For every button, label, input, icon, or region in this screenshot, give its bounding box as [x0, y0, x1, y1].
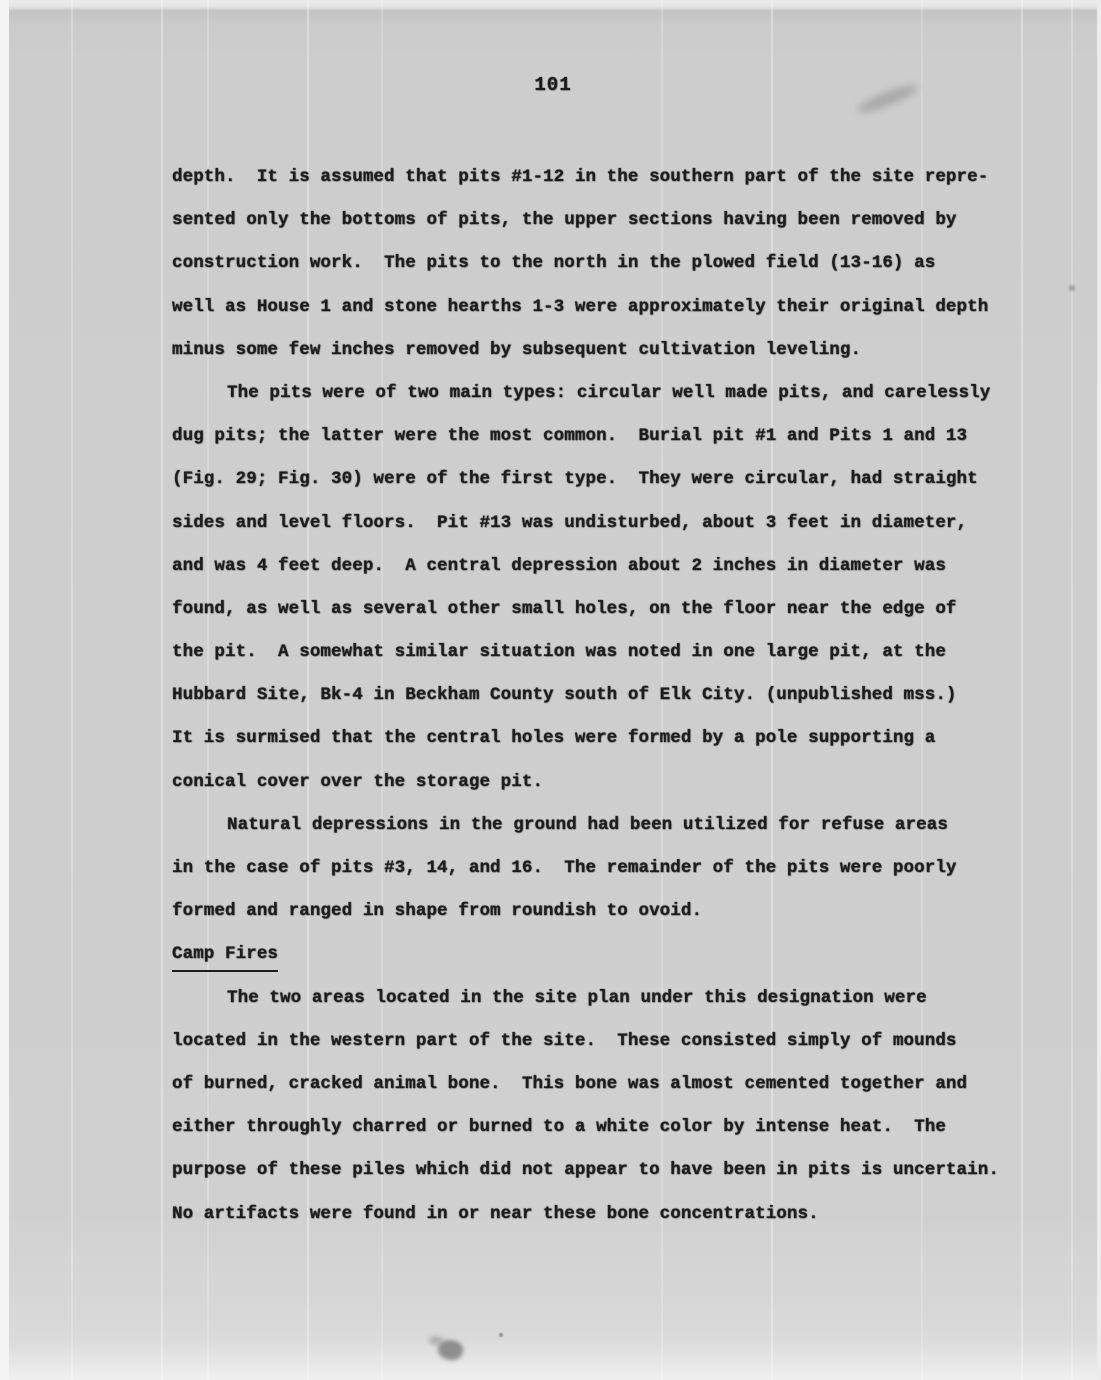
section-heading: Camp Fires — [172, 939, 278, 972]
text-line: purpose of these piles which did not app… — [172, 1149, 1012, 1192]
text-line: of burned, cracked animal bone. This bon… — [172, 1063, 1012, 1106]
text-line: It is surmised that the central holes we… — [172, 717, 1012, 760]
text-line: (Fig. 29; Fig. 30) were of the first typ… — [172, 458, 1012, 501]
ink-smudge — [429, 1336, 443, 1345]
text-line: well as House 1 and stone hearths 1-3 we… — [172, 286, 1012, 329]
text-line: in the case of pits #3, 14, and 16. The … — [172, 847, 1012, 890]
scan-streak — [1021, 0, 1023, 1380]
scan-streak — [71, 0, 73, 1380]
text-line: The two areas located in the site plan u… — [172, 977, 1012, 1020]
text-line: and was 4 feet deep. A central depressio… — [172, 545, 1012, 588]
ink-speck — [1069, 285, 1075, 291]
scan-streak — [161, 0, 163, 1380]
text-line: Natural depressions in the ground had be… — [172, 804, 1012, 847]
text-line: formed and ranged in shape from roundish… — [172, 890, 1012, 933]
section-heading-line: Camp Fires — [172, 933, 1012, 976]
text-line: sides and level floors. Pit #13 was undi… — [172, 502, 1012, 545]
text-line: No artifacts were found in or near these… — [172, 1193, 1012, 1236]
text-line: Hubbard Site, Bk-4 in Beckham County sou… — [172, 674, 1012, 717]
text-line: sented only the bottoms of pits, the upp… — [172, 199, 1012, 242]
text-line: either throughly charred or burned to a … — [172, 1106, 1012, 1149]
document-body: depth. It is assumed that pits #1-12 in … — [172, 156, 1012, 1236]
scanned-document-page: 101 depth. It is assumed that pits #1-12… — [0, 0, 1101, 1380]
text-line: depth. It is assumed that pits #1-12 in … — [172, 156, 1012, 199]
text-line: found, as well as several other small ho… — [172, 588, 1012, 631]
page-number: 101 — [9, 74, 1097, 96]
text-line: construction work. The pits to the north… — [172, 242, 1012, 285]
ink-speck — [499, 1333, 503, 1337]
text-line: dug pits; the latter were the most commo… — [172, 415, 1012, 458]
scan-streak — [1071, 0, 1073, 1380]
text-line: conical cover over the storage pit. — [172, 761, 1012, 804]
text-line: minus some few inches removed by subsequ… — [172, 329, 1012, 372]
text-line: located in the western part of the site.… — [172, 1020, 1012, 1063]
text-line: the pit. A somewhat similar situation wa… — [172, 631, 1012, 674]
text-line: The pits were of two main types: circula… — [172, 372, 1012, 415]
